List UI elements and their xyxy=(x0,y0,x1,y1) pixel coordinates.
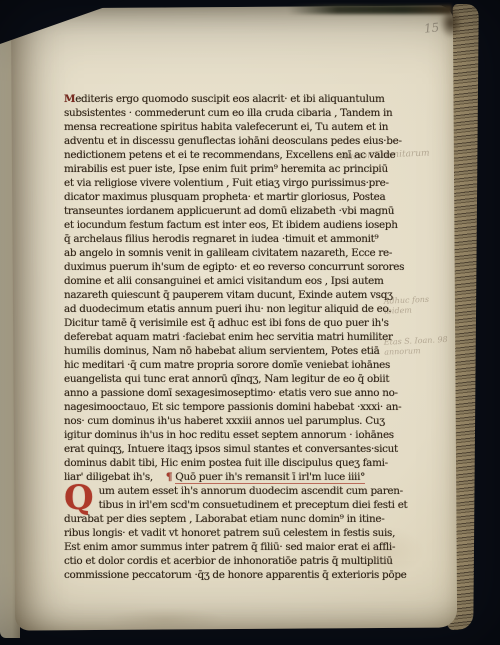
folio-number: 15 xyxy=(423,20,440,36)
rubricated-drop-cap-q: Q xyxy=(64,485,94,512)
text-line: dicator maximus plusquam propheta· et ma… xyxy=(64,190,404,204)
top-edge-grime xyxy=(288,5,452,14)
paragraph-2: Q um autem esset ih's annorum duodecim a… xyxy=(64,484,404,582)
text-line: q̄ archelaus filius herodis regnaret in … xyxy=(64,232,404,246)
text-line: nos· cum dominus ih'us haberet xxxiii an… xyxy=(64,414,404,428)
text-line: et via religiose vivere volentium , Fuit… xyxy=(64,176,404,190)
text-line: et iocundum festum factum est inter eos,… xyxy=(64,218,404,232)
text-line: nedictionem petens et ei te recommendans… xyxy=(64,148,404,162)
text-line: tibus in irl'em scd'm consuetudinem et p… xyxy=(64,498,404,512)
text-line: nagesimooctauo, Et sic tempore passionis… xyxy=(64,400,404,414)
book-photo: 15 — Auctor Eremitarum Adhuc fons ibidem… xyxy=(0,0,500,645)
pilcrow-mark: ¶ xyxy=(166,471,172,483)
text-line: mirabilis est puer iste, Ipse enim fuit … xyxy=(64,162,404,176)
text-line: ribus longis· et vadit vt honoret patrem… xyxy=(64,526,404,540)
chapter-heading-line: liar' diligebat ih's,¶Quō puer ih's rema… xyxy=(64,470,404,484)
text-line: um autem esset ih's annorum duodecim asc… xyxy=(64,484,404,498)
page-stain xyxy=(105,607,225,632)
text-line-body: liar' diligebat ih's, xyxy=(64,471,153,483)
text-line: adventu et in discessu genuflectas iohān… xyxy=(64,134,404,148)
text-line-body: editeris ergo quomodo suscipit eos alacr… xyxy=(75,93,384,105)
text-line: subsistentes · commederunt cum eo illa c… xyxy=(64,106,404,120)
text-line: deferebat aquam matri ·faciebat enim hec… xyxy=(64,330,404,344)
text-line: durabat per dies septem , Laborabat etia… xyxy=(64,512,404,526)
text-line: mensa recreatione spiritus habita valefe… xyxy=(64,120,404,134)
text-line: erat quinqʒ, Intuere itaqʒ ipsos simul s… xyxy=(64,442,404,456)
text-line: dominus dabit tibi, Hic enim postea fuit… xyxy=(64,456,404,470)
text-line: igitur dominus ih'us in hoc reditu esset… xyxy=(64,428,404,442)
text-line: commissione peccatorum ·q̄ʒ de honore ap… xyxy=(64,568,404,582)
text-line: anno a passione domī sexagesimoseptimo· … xyxy=(64,386,404,400)
text-line: ad duodecimum etatis annum pueri ihu· no… xyxy=(64,302,404,316)
chapter-heading: Quō puer ih's remansit ī irl'm luce iiii… xyxy=(175,471,365,484)
text-line: ctio et dolor cordis et acerbior de inho… xyxy=(64,554,404,568)
text-block: Mediteris ergo quomodo suscipit eos alac… xyxy=(64,92,404,582)
text-line: domine et alii consanguinei et amici vis… xyxy=(64,274,404,288)
text-line: duximus puerum ih'sum de egipto· et eo r… xyxy=(64,260,404,274)
text-line: humilis dominus, Nam nō habebat alium se… xyxy=(64,344,404,358)
text-line: Est enim amor summus inter patrem q̄ fil… xyxy=(64,540,404,554)
text-line: nazareth quiescunt q̄ pauperem vitam duc… xyxy=(64,288,404,302)
corner-grime xyxy=(440,8,462,38)
rubricated-initial-m: M xyxy=(64,93,75,105)
text-line: ab angelo in somnis venit in galileam ci… xyxy=(64,246,404,260)
text-line: euangelista qui tunc erat annorū qīnqʒ, … xyxy=(64,372,404,386)
text-line: Dicitur tamē q̄ verisimile est q̄ adhuc … xyxy=(64,316,404,330)
text-line: Mediteris ergo quomodo suscipit eos alac… xyxy=(64,92,404,106)
text-line: transeuntes iordanem applicuerunt ad dom… xyxy=(64,204,404,218)
text-line: hic meditari ·q̄ cum matre propria soror… xyxy=(64,358,404,372)
